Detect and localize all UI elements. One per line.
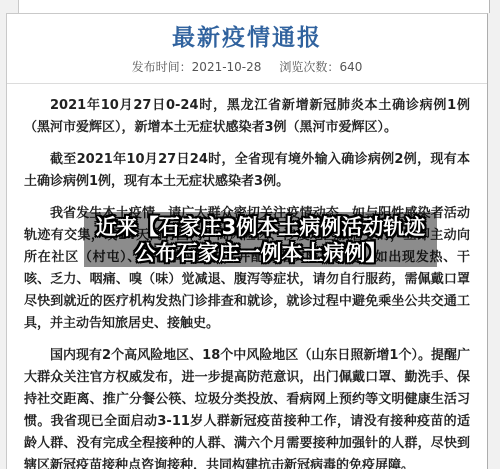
overlay-title-line1: 近来【石家庄3例本土病例活动轨迹 (96, 214, 426, 240)
article-meta: 发布时间：2021-10-28浏览次数：640 (7, 60, 487, 74)
article-paragraph: 国内现有2个高风险地区、18个中风险地区（山东日照新增1个）。提醒广大群众关注官… (24, 345, 470, 469)
views-label: 浏览次数： (279, 60, 339, 74)
views-count: 640 (339, 60, 362, 74)
previous-block-sliver (18, 0, 490, 13)
watermark-title-overlay: 近来【石家庄3例本土病例活动轨迹 公布石家庄一例本土病例】 (84, 212, 437, 267)
article-body: 2021年10月27日0-24时，黑龙江省新增新冠肺炎本土确诊病例1例（黑河市爱… (7, 84, 487, 469)
publish-time-label: 发布时间： (132, 60, 192, 74)
publish-date: 2021-10-28 (192, 60, 262, 74)
overlay-title-line2: 公布石家庄一例本土病例】 (135, 240, 387, 266)
article-paragraph: 2021年10月27日0-24时，黑龙江省新增新冠肺炎本土确诊病例1例（黑河市爱… (24, 95, 470, 139)
article-paragraph: 截至2021年10月27日24时，全省现有境外输入确诊病例2例，现有本土确诊病例… (24, 149, 470, 193)
page-title: 最新疫情通报 (7, 25, 487, 51)
